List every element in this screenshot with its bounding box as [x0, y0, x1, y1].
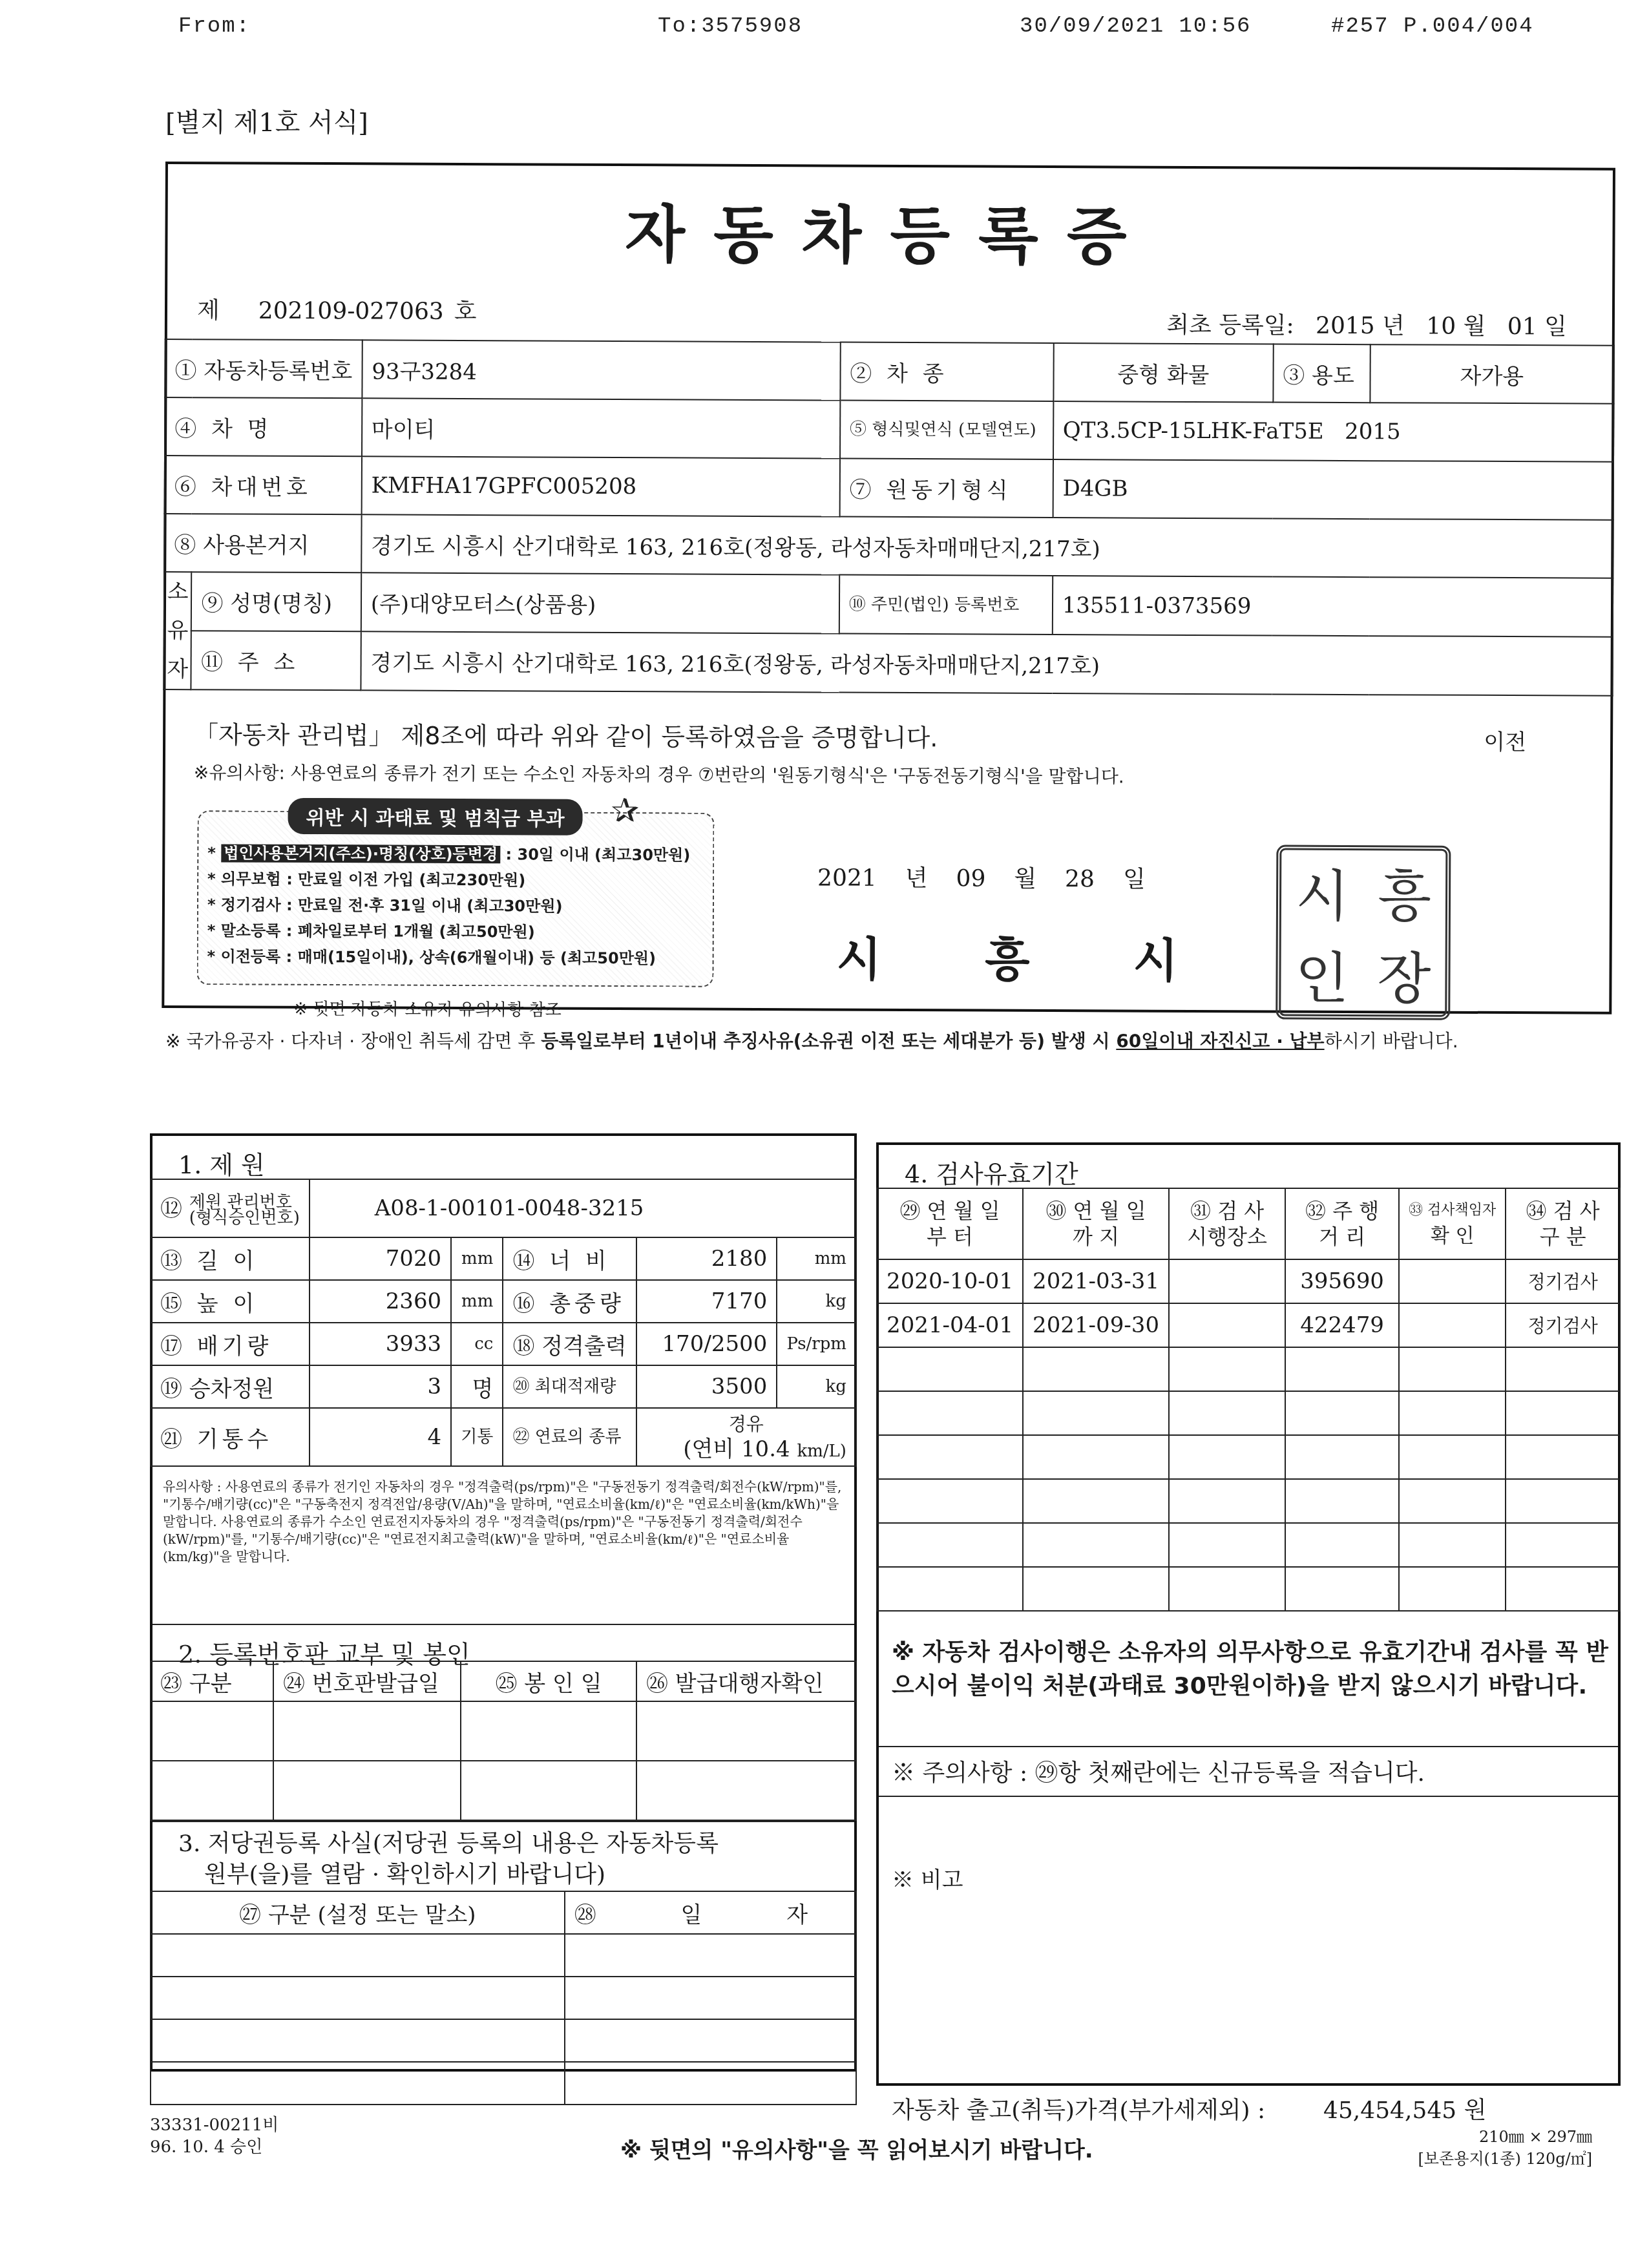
inspection-cell — [1399, 1567, 1506, 1611]
cell — [565, 1977, 856, 2019]
circled-number-icon: ㉑ — [160, 1427, 186, 1453]
penalty-item-label: 정기검사 — [221, 896, 281, 914]
plates-row — [151, 1761, 856, 1820]
inspection-cell — [1506, 1391, 1620, 1435]
value-vehicle-type: 중형 화물 — [1053, 343, 1273, 402]
efficiency-label: (연비 — [683, 1436, 734, 1462]
first-registration-label: 최초 등록일: — [1166, 312, 1294, 339]
cell — [636, 1701, 856, 1761]
penalty-banner: 위반 시 과태료 및 범칙금 부과 — [288, 798, 582, 835]
penalty-item-text: : 만료일 전·후 31일 이내 (최고30만원) — [286, 896, 563, 916]
issue-month: 09 — [956, 865, 985, 892]
mortgage-title-line1: 3. 저당권등록 사실(저당권 등록의 내용은 자동차등록 — [178, 1829, 828, 1860]
form-code: 33331-00211비 96. 10. 4 승인 — [150, 2114, 278, 2158]
inspection-cell — [1169, 1303, 1285, 1347]
fax-page: #257 P.004/004 — [1331, 14, 1534, 39]
inspection-cell — [1399, 1479, 1506, 1523]
inspection-cell — [1169, 1259, 1285, 1303]
penalty-item-label: 법인사용본거지(주소)·명칭(상호)등변경 — [221, 844, 500, 863]
inspection-row — [877, 1347, 1620, 1391]
inspection-cell — [1506, 1567, 1620, 1611]
spec-unit: mm — [451, 1237, 503, 1280]
issue-year-unit: 년 — [905, 865, 928, 892]
spec-label: ⑬ 길 이 — [151, 1237, 310, 1280]
inspection-cell — [1506, 1435, 1620, 1479]
spec-value: 4 — [310, 1408, 451, 1466]
col-header: ㉘ 일 자 — [565, 1891, 856, 1934]
spec-label: ⑲ 승차정원 — [151, 1365, 310, 1408]
fax-datetime: 30/09/2021 10:56 — [1020, 14, 1251, 39]
mgmt-label-line2: (형식승인번호) — [189, 1208, 300, 1228]
inspection-cell — [1023, 1347, 1169, 1391]
issue-date: 2021년09월28일 — [817, 859, 1174, 894]
mortgage-row — [151, 2019, 856, 2062]
spec-value: 170/2500 — [636, 1323, 777, 1365]
inspection-row — [877, 1567, 1620, 1611]
inspection-cell — [1023, 1523, 1169, 1567]
spec-label-text: 승차정원 — [189, 1376, 274, 1402]
col-header: ㉙ 연 월 일부 터 — [877, 1188, 1023, 1259]
penalty-item: * 말소등록 : 폐차일로부터 1개월 (최고50만원) — [207, 918, 704, 945]
spec-label-text: 배기량 — [197, 1334, 273, 1360]
penalty-list: * 법인사용본거지(주소)·명칭(상호)등변경 : 30일 이내 (최고30만원… — [207, 840, 704, 971]
spec-label: ⑮ 높 이 — [151, 1280, 310, 1323]
penalty-item-label: 의무보험 — [221, 870, 281, 888]
spec-label-text: 총중량 — [549, 1291, 625, 1317]
label-reg-number: ① 자동차등록번호 — [165, 339, 362, 398]
inspection-cell — [1169, 1391, 1285, 1435]
penalty-item-text: : 30일 이내 (최고30만원) — [505, 845, 690, 864]
transfer-mark: 이전 — [1484, 724, 1526, 756]
inspection-cell — [1285, 1347, 1399, 1391]
circled-number-icon: ⑰ — [160, 1334, 186, 1360]
spec-value: 3933 — [310, 1323, 451, 1365]
inspection-row: 2021-04-012021-09-30422479정기검사 — [877, 1303, 1620, 1347]
seal-char: 시 — [1296, 851, 1350, 931]
issue-day-unit: 일 — [1123, 866, 1146, 892]
cell — [636, 1761, 856, 1820]
inspection-caution: ※ 주의사항 : ㉙항 첫째란에는 신규등록을 적습니다. — [879, 1746, 1618, 1797]
penalty-item: * 법인사용본거지(주소)·명칭(상호)등변경 : 30일 이내 (최고30만원… — [207, 840, 704, 868]
number-value: 202109-027063 — [258, 298, 444, 325]
spec-row: ⑰ 배기량 3933 cc ⑱ 정격출력 170/2500 Ps/rpm — [151, 1323, 856, 1365]
spec-label-text: 연료의 종류 — [535, 1427, 622, 1447]
inspection-cell — [1506, 1479, 1620, 1523]
spec-label: ⑳ 최대적재량 — [503, 1365, 636, 1408]
cell — [565, 2019, 856, 2062]
spec-row: ㉑ 기통수 4 기통 ㉒ 연료의 종류 경유 (연비 10.4 km/L) — [151, 1408, 856, 1466]
form-tag: [별지 제1호 서식] — [165, 102, 368, 139]
registration-certificate: 자동차등록증 제202109-027063호 최초 등록일: 2015 년 10… — [162, 162, 1615, 1014]
penalty-item-text: : 만료일 이전 가입 (최고230만원) — [286, 870, 525, 890]
fuel-type: 경유 — [646, 1412, 846, 1437]
specs-note: 유의사항 : 사용연료의 종류가 전기인 자동차의 경우 "정격출력(ps/rp… — [163, 1478, 848, 1566]
col-header-line1: 검 사 — [1217, 1199, 1264, 1223]
penalty-item: * 정기검사 : 만료일 전·후 31일 이내 (최고30만원) — [207, 892, 704, 919]
back-side-notice: ※ 뒷면의 "유의사항"을 꼭 읽어보시기 바랍니다. — [620, 2132, 1093, 2164]
inspection-cell — [1169, 1435, 1285, 1479]
value-owner-name: (주)대양모터스(상품용) — [361, 572, 839, 633]
inspection-cell: 2021-03-31 — [1023, 1259, 1169, 1303]
label-engine-type: ⑦ 원동기형식 — [839, 459, 1053, 518]
inspection-row — [877, 1523, 1620, 1567]
penalty-box: * 법인사용본거지(주소)·명칭(상호)등변경 : 30일 이내 (최고30만원… — [196, 810, 714, 987]
circled-number-icon: ⑲ — [160, 1376, 182, 1402]
inspection-cell — [1023, 1391, 1169, 1435]
col-header: ㉞ 검 사구 분 — [1506, 1188, 1620, 1259]
inspection-cell — [1399, 1523, 1506, 1567]
seal-char: 장 — [1377, 934, 1431, 1014]
issuing-authority: 시흥시 — [836, 922, 1281, 991]
row-owner-address: ⑪ 주 소 경기도 시흥시 산기대학로 163, 216호(정왕동, 라성자동차… — [163, 631, 1612, 696]
number-suffix: 호 — [454, 299, 477, 325]
circled-number-icon: ⑳ — [512, 1377, 529, 1396]
inspection-row: 2020-10-012021-03-31395690정기검사 — [877, 1259, 1620, 1303]
spec-row: ⑲ 승차정원 3 명 ⑳ 최대적재량 3500 kg — [151, 1365, 856, 1408]
spec-label-text: 길 이 — [197, 1248, 258, 1274]
value-type-year: QT3.5CP-15LHK-FaT5E 2015 — [1053, 401, 1614, 462]
inspection-cell — [1506, 1347, 1620, 1391]
mgmt-label: ⑫ 제원 관리번호(형식승인번호) — [151, 1179, 310, 1237]
row-owner-name: 소유자 ⑨ 성명(명칭) (주)대양모터스(상품용) ⑩ 주민(법인) 등록번호… — [164, 572, 1613, 637]
spec-value: 2180 — [636, 1237, 777, 1280]
col-header-line1: 연 월 일 — [927, 1199, 1000, 1223]
price-value: 45,454,545 원 — [1323, 2097, 1486, 2124]
first-registration-month: 10 월 — [1426, 313, 1486, 340]
mortgage-table: ㉗ 구분 (설정 또는 말소) ㉘ 일 자 — [150, 1891, 857, 2105]
penalty-item-label: 이전등록 — [220, 947, 280, 965]
col-header: ㉓ 구분 — [151, 1661, 273, 1701]
spec-label: ⑯ 총중량 — [503, 1280, 636, 1323]
inspection-cell: 395690 — [1285, 1259, 1399, 1303]
spec-label-text: 정격출력 — [541, 1334, 626, 1360]
col-header-line1: 주 행 — [1332, 1199, 1379, 1223]
certificate-number: 제202109-027063호 — [197, 292, 477, 326]
circled-number-icon: ⑯ — [512, 1291, 538, 1317]
circled-number-icon: ㉝ — [1409, 1202, 1423, 1218]
inspection-cell — [1399, 1391, 1506, 1435]
inspection-cell — [1285, 1523, 1399, 1567]
circled-number-icon: ㉜ — [1305, 1199, 1326, 1223]
model-year: 2015 — [1345, 419, 1401, 445]
mortgage-row — [151, 2062, 856, 2105]
circled-number-icon: ㉞ — [1526, 1199, 1547, 1223]
mortgage-title: 3. 저당권등록 사실(저당권 등록의 내용은 자동차등록 원부(을)를 열람 … — [152, 1822, 854, 1897]
spec-label-text: 기통수 — [197, 1427, 273, 1453]
spec-value: 7170 — [636, 1280, 777, 1323]
plates-table: ㉓ 구분 ㉔ 번호판발급일 ㉕ 봉 인 일 ㉖ 발급대행자확인 — [150, 1661, 857, 1821]
cell — [151, 1701, 273, 1761]
tax-notice-underline: 60일이내 자진신고 · 납부 — [1116, 1031, 1324, 1052]
col-header-line2: 부 터 — [927, 1224, 973, 1249]
inspection-row — [877, 1391, 1620, 1435]
issue-month-unit: 월 — [1014, 866, 1036, 892]
type-value: QT3.5CP-15LHK-FaT5E — [1063, 417, 1324, 445]
circled-number-icon: ⑭ — [512, 1248, 538, 1274]
value-owner-address: 경기도 시흥시 산기대학로 163, 216호(정왕동, 라성자동차매매단지,2… — [361, 631, 1613, 695]
inspection-cell — [877, 1435, 1023, 1479]
circled-number-icon: ㉙ — [899, 1199, 920, 1223]
penalty-item: * 이전등록 : 매매(15일이내), 상속(6개월이내) 등 (최고50만원) — [207, 943, 704, 971]
circled-number-icon: ⑫ — [160, 1196, 182, 1222]
cell — [151, 1977, 565, 2019]
circled-number-icon: ⑮ — [160, 1291, 186, 1317]
issue-year: 2021 — [817, 865, 877, 891]
value-reg-number: 93구3284 — [362, 340, 840, 400]
spec-label: ㉒ 연료의 종류 — [503, 1408, 636, 1466]
inspection-cell: 2021-04-01 — [877, 1303, 1023, 1347]
vehicle-price: 자동차 출고(취득)가격(부가세제외) :45,454,545 원 — [892, 2092, 1486, 2125]
seal-char: 인 — [1295, 933, 1349, 1013]
spec-unit: kg — [777, 1280, 856, 1323]
spec-label-text: 최대적재량 — [535, 1377, 616, 1396]
mortgage-row — [151, 1977, 856, 2019]
fuel-and-efficiency: 경유 (연비 10.4 km/L) — [636, 1408, 856, 1466]
tax-reduction-notice: ※ 국가유공자 · 다자녀 · 장애인 취득세 감면 후 등록일로부터 1년이내… — [165, 1027, 1458, 1053]
inspection-cell: 정기검사 — [1506, 1259, 1620, 1303]
row-base-location: ⑧ 사용본거지 경기도 시흥시 산기대학로 163, 216호(정왕동, 라성자… — [164, 514, 1613, 578]
certification-statement: 「자동차 관리법」 제8조에 따라 위와 같이 등록하였음을 증명합니다. — [194, 715, 938, 753]
penalty-item-label: 말소등록 — [221, 921, 281, 940]
tax-notice-suffix: 하시기 바랍니다. — [1325, 1031, 1458, 1052]
inspection-cell — [1285, 1479, 1399, 1523]
official-seal-icon: 시 흥 인 장 — [1276, 845, 1451, 1020]
spec-label-text: 너 비 — [549, 1248, 611, 1274]
circled-number-icon: ⑱ — [512, 1334, 534, 1360]
inspection-cell — [877, 1391, 1023, 1435]
issue-day: 28 — [1065, 866, 1095, 892]
inspection-table: ㉙ 연 월 일부 터 ㉚ 연 월 일까 지 ㉛ 검 사시행장소 ㉜ 주 행거 리… — [876, 1188, 1621, 1612]
price-label: 자동차 출고(취득)가격(부가세제외) : — [892, 2097, 1265, 2124]
col-header-line1: 검사책임자 — [1427, 1202, 1496, 1218]
spec-unit: kg — [777, 1365, 856, 1408]
spec-unit: 기통 — [451, 1408, 503, 1466]
paper-type: [보존용지(1종) 120g/㎡] — [1418, 2148, 1592, 2170]
remarks: ※ 비고 — [892, 1862, 963, 1894]
penalty-item-text: : 매매(15일이내), 상속(6개월이내) 등 (최고50만원) — [286, 948, 656, 967]
inspection-obligation-note: ※ 자동차 검사이행은 소유자의 의무사항으로 유효기간내 검사를 꼭 받으시어… — [892, 1636, 1609, 1703]
inspection-cell — [877, 1523, 1023, 1567]
col-header-line2: 확 인 — [1431, 1224, 1475, 1247]
label-owner-name: ⑨ 성명(명칭) — [191, 572, 361, 631]
spec-row-mgmt: ⑫ 제원 관리번호(형식승인번호) A08-1-00101-0048-3215 — [151, 1179, 856, 1237]
spec-unit: mm — [777, 1237, 856, 1280]
cell — [565, 2062, 856, 2105]
col-header: ㉜ 주 행거 리 — [1285, 1188, 1399, 1259]
inspection-cell — [1169, 1523, 1285, 1567]
cell — [565, 1934, 856, 1977]
inspection-row — [877, 1435, 1620, 1479]
penalty-item: * 의무보험 : 만료일 이전 가입 (최고230만원) — [207, 866, 704, 894]
col-header: ㉖ 발급대행자확인 — [636, 1661, 856, 1701]
inspection-cell: 2020-10-01 — [877, 1259, 1023, 1303]
form-code-line2: 96. 10. 4 승인 — [150, 2136, 278, 2158]
row-reg-number: ① 자동차등록번호 93구3284 ② 차 종 중형 화물 ③ 용도 자가용 — [165, 339, 1613, 404]
mortgage-header-row: ㉗ 구분 (설정 또는 말소) ㉘ 일 자 — [151, 1891, 856, 1934]
spec-value: 3 — [310, 1365, 451, 1408]
inspection-rows: 2020-10-012021-03-31395690정기검사2021-04-01… — [877, 1259, 1620, 1611]
inspection-cell — [1023, 1479, 1169, 1523]
circled-number-icon: ⑬ — [160, 1248, 186, 1274]
document-title: 자동차등록증 — [167, 184, 1613, 278]
col-header: ㉔ 번호판발급일 — [273, 1661, 461, 1701]
mortgage-title-line2: 원부(을)를 열람 · 확인하시기 바랍니다) — [178, 1860, 828, 1891]
inspection-cell — [1169, 1347, 1285, 1391]
mortgage-row — [151, 1934, 856, 1977]
spec-value: 3500 — [636, 1365, 777, 1408]
inspection-header-row: ㉙ 연 월 일부 터 ㉚ 연 월 일까 지 ㉛ 검 사시행장소 ㉜ 주 행거 리… — [877, 1188, 1620, 1259]
specs-section: 1. 제 원 ⑫ 제원 관리번호(형식승인번호) A08-1-00101-004… — [150, 1133, 857, 2072]
label-base-location: ⑧ 사용본거지 — [164, 514, 361, 572]
spec-unit: mm — [451, 1280, 503, 1323]
inspection-cell — [1285, 1391, 1399, 1435]
inspection-cell — [877, 1347, 1023, 1391]
row-vin: ⑥ 차대번호 KMFHA17GPFC005208 ⑦ 원동기형식 D4GB — [165, 456, 1613, 520]
owner-notice-reference: ※ 뒷면 자동차 소유자 유의사항 참조 — [293, 996, 562, 1021]
efficiency-value: 10.4 — [741, 1436, 790, 1462]
value-corp-number: 135511-0373569 — [1053, 576, 1613, 637]
seal-char: 흥 — [1378, 852, 1432, 932]
specs-table: ⑫ 제원 관리번호(형식승인번호) A08-1-00101-0048-3215 … — [150, 1179, 857, 1467]
star-icon: ✰ — [611, 792, 639, 830]
inspection-cell — [1399, 1347, 1506, 1391]
col-header: ㉛ 검 사시행장소 — [1169, 1188, 1285, 1259]
spec-unit: Ps/rpm — [777, 1323, 856, 1365]
inspection-cell — [1169, 1567, 1285, 1611]
inspection-cell — [1023, 1567, 1169, 1611]
value-usage: 자가용 — [1370, 344, 1614, 404]
col-header: ㉚ 연 월 일까 지 — [1023, 1188, 1169, 1259]
vehicle-info-table: ① 자동차등록번호 93구3284 ② 차 종 중형 화물 ③ 용도 자가용 ④… — [163, 339, 1614, 697]
col-header: ㉝ 검사책임자확 인 — [1399, 1188, 1506, 1259]
spec-value: 2360 — [310, 1280, 451, 1323]
inspection-row — [877, 1479, 1620, 1523]
owner-group-label: 소유자 — [163, 572, 191, 689]
spec-label-text: 높 이 — [197, 1291, 258, 1317]
form-code-line1: 33331-00211비 — [150, 2114, 278, 2136]
fax-from: From: — [178, 14, 251, 39]
penalty-item-text: : 폐차일로부터 1개월 (최고50만원) — [286, 922, 535, 941]
inspection-cell — [1399, 1303, 1506, 1347]
plates-row — [151, 1701, 856, 1761]
col-header-line2: 까 지 — [1073, 1224, 1119, 1249]
cell — [461, 1701, 636, 1761]
spec-label: ⑰ 배기량 — [151, 1323, 310, 1365]
paper-spec: 210㎜ × 297㎜ [보존용지(1종) 120g/㎡] — [1418, 2126, 1592, 2170]
mortgage-section-header: 3. 저당권등록 사실(저당권 등록의 내용은 자동차등록 원부(을)를 열람 … — [152, 1821, 854, 1897]
inspection-cell — [1169, 1479, 1285, 1523]
inspection-cell: 정기검사 — [1506, 1303, 1620, 1347]
tax-notice-prefix: ※ 국가유공자 · 다자녀 · 장애인 취득세 감면 후 — [165, 1031, 541, 1052]
inspection-cell — [877, 1567, 1023, 1611]
label-owner-address: ⑪ 주 소 — [191, 631, 361, 690]
col-header-line2: 시행장소 — [1187, 1224, 1267, 1249]
inspection-cell — [1023, 1435, 1169, 1479]
inspection-cell: 2021-09-30 — [1023, 1303, 1169, 1347]
circled-number-icon: ㉛ — [1190, 1199, 1211, 1223]
mgmt-number: A08-1-00101-0048-3215 — [310, 1179, 856, 1237]
spec-label: ⑭ 너 비 — [503, 1237, 636, 1280]
label-corp-number: ⑩ 주민(법인) 등록번호 — [839, 575, 1053, 635]
value-model-name: 마이티 — [362, 398, 840, 458]
cell — [151, 2019, 565, 2062]
circled-number-icon: ㉚ — [1045, 1199, 1066, 1223]
first-registration-year: 2015 년 — [1316, 313, 1405, 340]
inspection-cell — [877, 1479, 1023, 1523]
spec-row: ⑮ 높 이 2360 mm ⑯ 총중량 7170 kg — [151, 1280, 856, 1323]
cell — [273, 1701, 461, 1761]
label-model-name: ④ 차 명 — [165, 397, 362, 456]
cell — [461, 1761, 636, 1820]
row-model-name: ④ 차 명 마이티 ⑤ 형식및연식 (모델연도) QT3.5CP-15LHK-F… — [165, 397, 1613, 462]
value-base-location: 경기도 시흥시 산기대학로 163, 216호(정왕동, 라성자동차매매단지,2… — [361, 514, 1613, 578]
spec-label: ⑱ 정격출력 — [503, 1323, 636, 1365]
inspection-cell — [1285, 1567, 1399, 1611]
spec-row: ⑬ 길 이 7020 mm ⑭ 너 비 2180 mm — [151, 1237, 856, 1280]
inspection-cell — [1506, 1523, 1620, 1567]
spec-label: ㉑ 기통수 — [151, 1408, 310, 1466]
tax-notice-bold: 등록일로부터 1년이내 추징사유(소유권 이전 또는 세대분가 등) 발생 시 — [541, 1031, 1116, 1052]
label-vehicle-type: ② 차 종 — [840, 342, 1053, 401]
paper-size: 210㎜ × 297㎜ — [1418, 2126, 1592, 2148]
col-header: ㉗ 구분 (설정 또는 말소) — [151, 1891, 565, 1934]
col-header-line2: 구 분 — [1540, 1224, 1586, 1249]
cell — [273, 1761, 461, 1820]
col-header: ㉕ 봉 인 일 — [461, 1661, 636, 1701]
efficiency-unit: km/L) — [797, 1442, 846, 1461]
inspection-cell — [1399, 1435, 1506, 1479]
label-vin: ⑥ 차대번호 — [165, 456, 362, 514]
plates-header-row: ㉓ 구분 ㉔ 번호판발급일 ㉕ 봉 인 일 ㉖ 발급대행자확인 — [151, 1661, 856, 1701]
inspection-cell — [1285, 1435, 1399, 1479]
inspection-section: 4. 검사유효기간 ㉙ 연 월 일부 터 ㉚ 연 월 일까 지 ㉛ 검 사시행장… — [876, 1142, 1621, 2086]
col-header-line2: 거 리 — [1319, 1224, 1365, 1249]
fuel-notice: ※유의사항: 사용연료의 종류가 전기 또는 수소인 자동차의 경우 ⑦번란의 … — [194, 759, 1124, 788]
spec-unit: cc — [451, 1323, 503, 1365]
inspection-cell: 422479 — [1285, 1303, 1399, 1347]
col-header-line1: 연 월 일 — [1073, 1199, 1146, 1223]
first-registration-day: 01 일 — [1507, 313, 1567, 340]
circled-number-icon: ㉒ — [512, 1427, 529, 1447]
value-vin: KMFHA17GPFC005208 — [361, 456, 839, 516]
label-usage: ③ 용도 — [1273, 344, 1370, 403]
spec-value: 7020 — [310, 1237, 451, 1280]
value-engine-type: D4GB — [1053, 459, 1613, 520]
fax-to: To:3575908 — [658, 14, 803, 39]
col-header-line1: 검 사 — [1553, 1199, 1600, 1223]
inspection-cell — [1399, 1259, 1506, 1303]
cell — [151, 2062, 565, 2105]
spec-unit: 명 — [451, 1365, 503, 1408]
first-registration-date: 최초 등록일: 2015 년 10 월 01 일 — [1166, 307, 1567, 342]
cell — [151, 1761, 273, 1820]
label-type-year: ⑤ 형식및연식 (모델연도) — [840, 401, 1053, 459]
number-prefix: 제 — [197, 297, 220, 324]
cell — [151, 1934, 565, 1977]
